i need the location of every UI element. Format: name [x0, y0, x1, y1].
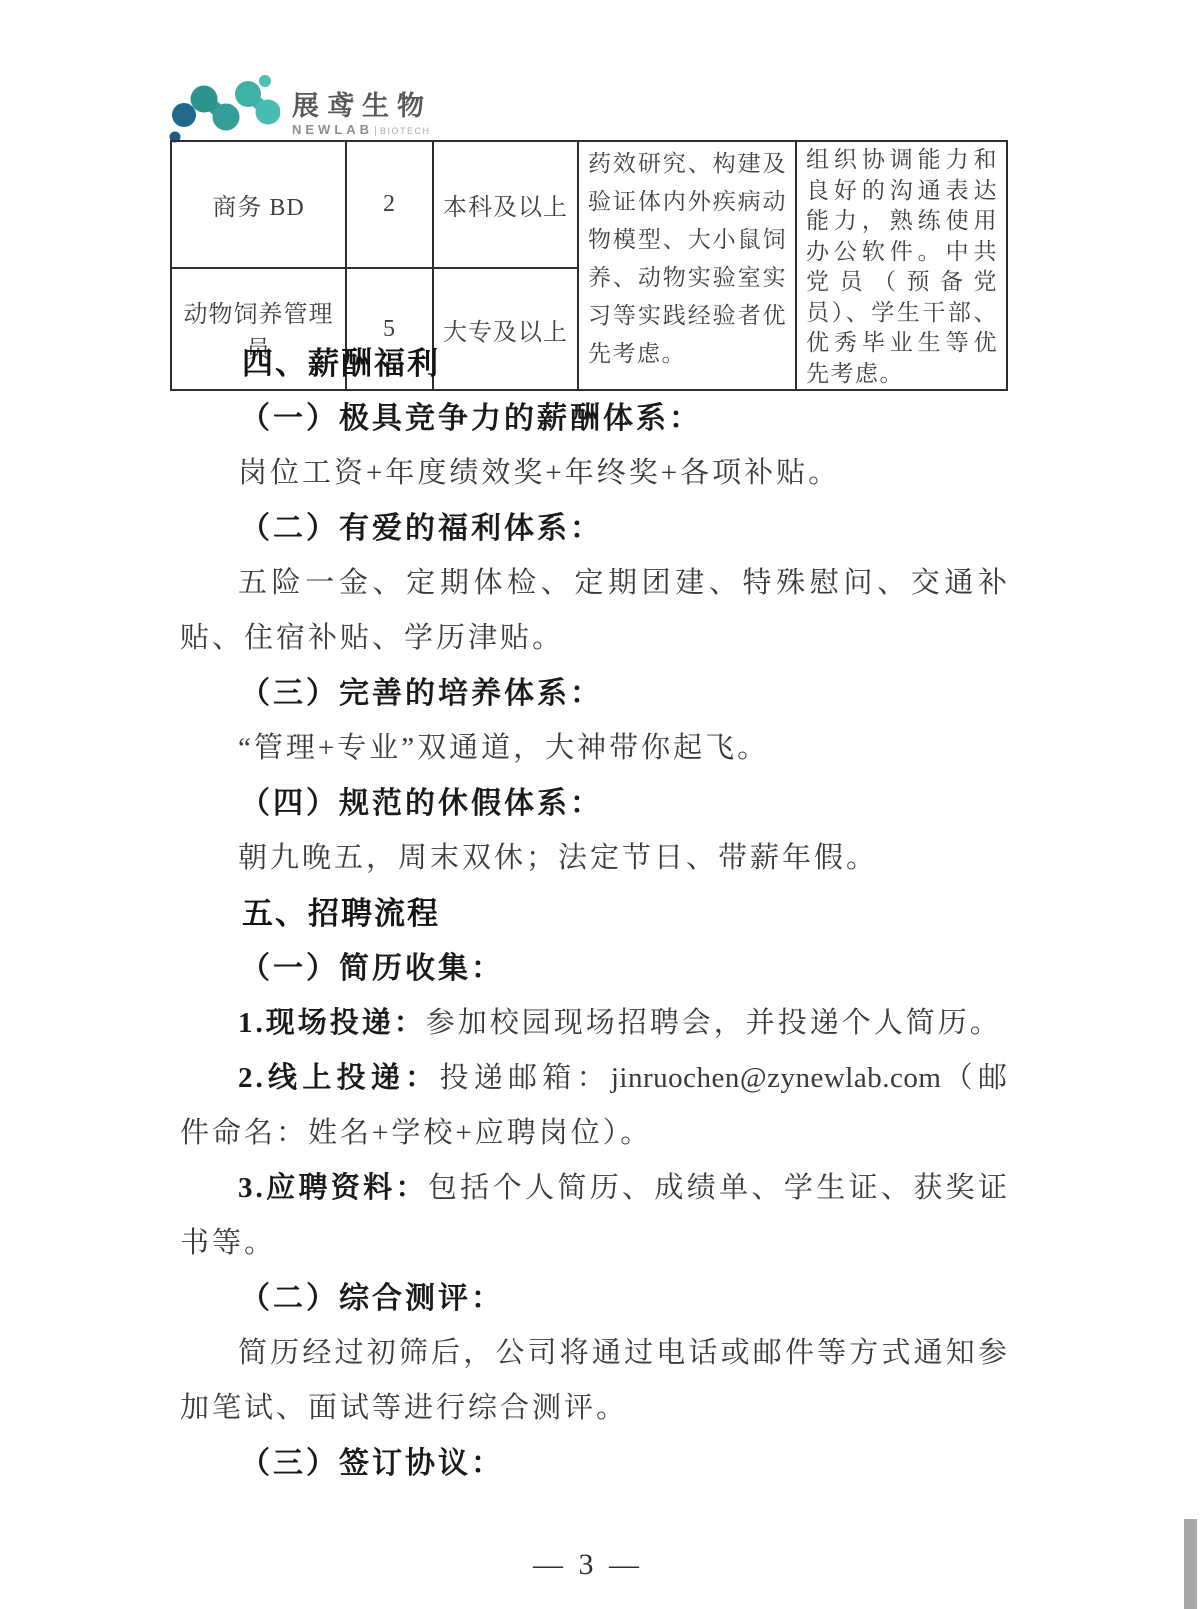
paragraph-text: 参加校园现场招聘会，并投递个人简历。 [426, 1007, 1002, 1039]
subheading-welfare-system: （二）有爱的福利体系： [180, 501, 1010, 556]
newlab-molecule-logo [168, 74, 280, 148]
company-division-en: BIOTECH [375, 126, 431, 136]
table-row-business-bd: 商务 BD 2 本科及以上 药效研究、构建及验证体内外疾病动物模型、大小鼠饲养、… [171, 141, 1007, 268]
page-number: — 3 — [170, 1548, 1006, 1582]
paragraph-welfare-detail: 五险一金、定期体检、定期团建、特殊慰问、交通补贴、住宿补贴、学历津贴。 [180, 556, 1010, 666]
subheading-training-system: （三）完善的培养体系： [180, 666, 1010, 721]
company-name-cn: 展鸢生物 [292, 91, 432, 121]
paragraph-vacation-detail: 朝九晚五，周末双休；法定节日、带薪年假。 [180, 831, 1010, 886]
subheading-salary-system: （一）极具竞争力的薪酬体系： [180, 391, 1010, 446]
subheading-comprehensive-evaluation: （二）综合测评： [180, 1271, 1010, 1326]
paragraph-lead: 2.线上投递： [238, 1062, 439, 1094]
paragraph-salary-detail: 岗位工资+年度绩效奖+年终奖+各项补贴。 [180, 446, 1010, 501]
paragraph-lead: 1.现场投递： [238, 1007, 426, 1039]
section-heading-recruit-process: 五、招聘流程 [180, 886, 1010, 941]
cell-headcount: 2 [346, 141, 433, 268]
subheading-sign-agreement: （三）签订协议： [180, 1436, 1010, 1491]
paragraph-application-materials: 3.应聘资料：包括个人简历、成绩单、学生证、获奖证书等。 [180, 1161, 1010, 1271]
company-name-en: NEWLABBIOTECH [292, 121, 432, 140]
paragraph-onsite-delivery: 1.现场投递：参加校园现场招聘会，并投递个人简历。 [180, 996, 1010, 1051]
document-body: 四、薪酬福利 （一）极具竞争力的薪酬体系： 岗位工资+年度绩效奖+年终奖+各项补… [180, 336, 1010, 1491]
company-logo: 展鸢生物 NEWLABBIOTECH [168, 74, 432, 148]
subheading-vacation-system: （四）规范的休假体系： [180, 776, 1010, 831]
cell-position: 商务 BD [171, 141, 346, 268]
paragraph-online-delivery: 2.线上投递：投递邮箱：jinruochen@zynewlab.com（邮件命名… [180, 1051, 1010, 1161]
paragraph-text: 投递邮箱： [439, 1062, 610, 1094]
company-logo-text: 展鸢生物 NEWLABBIOTECH [292, 83, 432, 140]
document-page: 展鸢生物 NEWLABBIOTECH 商务 BD 2 本科及以上 药效研究、构建… [0, 0, 1200, 1609]
paragraph-lead: 3.应聘资料： [238, 1172, 428, 1204]
email-address: jinruochen@zynewlab.com [611, 1062, 942, 1094]
section-heading-salary-benefits: 四、薪酬福利 [180, 336, 1010, 391]
cell-education: 本科及以上 [433, 141, 578, 268]
paragraph-training-detail: “管理+专业”双通道，大神带你起飞。 [180, 721, 1010, 776]
subheading-resume-collection: （一）简历收集： [180, 941, 1010, 996]
scrollbar-thumb[interactable] [1184, 1519, 1197, 1609]
company-name-en-main: NEWLAB [292, 122, 373, 137]
paragraph-evaluation-detail: 简历经过初筛后，公司将通过电话或邮件等方式通知参加笔试、面试等进行综合测评。 [180, 1326, 1010, 1436]
